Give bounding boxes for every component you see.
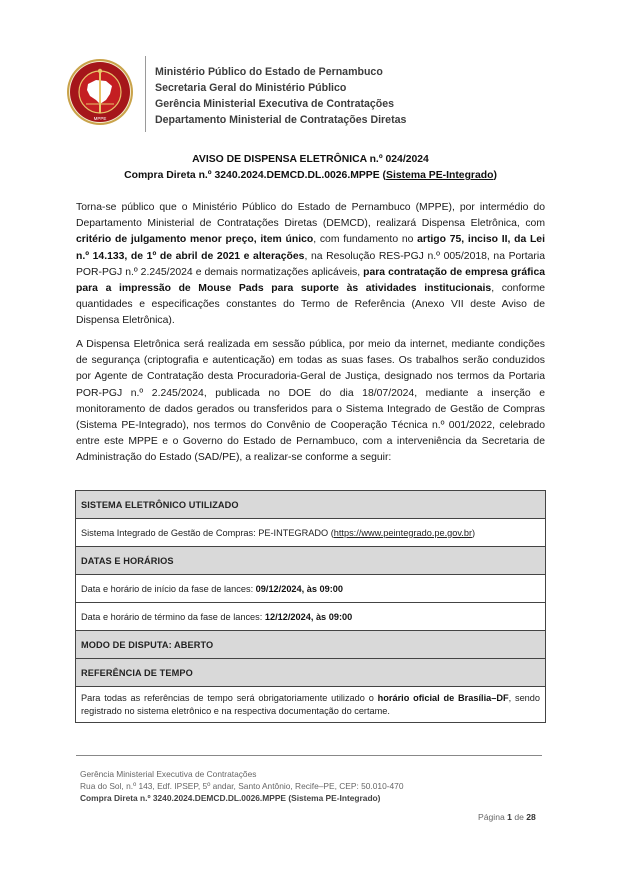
- institution-line: Gerência Ministerial Executiva de Contra…: [155, 96, 406, 112]
- paren-close: ): [472, 528, 475, 538]
- purchase-number: Compra Direta n.º 3240.2024.DEMCD.DL.002…: [124, 170, 386, 181]
- section-header-time-reference: REFERÊNCIA DE TEMPO: [76, 659, 546, 687]
- page-label: Página: [478, 812, 505, 822]
- system-link[interactable]: Sistema PE-Integrado: [386, 170, 493, 181]
- footer-reference: Compra Direta n.º 3240.2024.DEMCD.DL.002…: [80, 792, 404, 804]
- start-label: Data e horário de início da fase de lanc…: [81, 584, 256, 594]
- body-text: , com fundamento no: [313, 234, 417, 245]
- table-row: Sistema Integrado de Gestão de Compras: …: [76, 519, 546, 547]
- system-value: Sistema Integrado de Gestão de Compras: …: [76, 519, 546, 547]
- purchase-reference: Compra Direta n.º 3240.2024.DEMCD.DL.002…: [0, 168, 621, 184]
- institution-line: Ministério Público do Estado de Pernambu…: [155, 64, 406, 80]
- table-row: SISTEMA ELETRÔNICO UTILIZADO: [76, 491, 546, 519]
- peintegrado-link[interactable]: https://www.peintegrado.pe.gov.br: [334, 528, 472, 538]
- paren-close: ): [493, 170, 496, 181]
- document-header: MPPE Ministério Público do Estado de Per…: [64, 56, 564, 132]
- start-datetime: Data e horário de início da fase de lanc…: [76, 575, 546, 603]
- intro-paragraph: Torna-se público que o Ministério Públic…: [76, 200, 545, 330]
- emphasis-text: critério de julgamento menor preço, item…: [76, 234, 313, 245]
- info-table: SISTEMA ELETRÔNICO UTILIZADO Sistema Int…: [75, 490, 546, 723]
- institution-line: Secretaria Geral do Ministério Público: [155, 80, 406, 96]
- section-header-dispute-mode: MODO DE DISPUTA: ABERTO: [76, 631, 546, 659]
- header-divider: [145, 56, 146, 132]
- system-label: Sistema Integrado de Gestão de Compras: …: [81, 528, 334, 538]
- page-of: de: [514, 812, 524, 822]
- document-title: AVISO DE DISPENSA ELETRÔNICA n.º 024/202…: [0, 152, 621, 184]
- session-paragraph: A Dispensa Eletrônica será realizada em …: [76, 337, 545, 467]
- svg-text:MPPE: MPPE: [94, 116, 107, 121]
- page-footer: Gerência Ministerial Executiva de Contra…: [80, 768, 404, 804]
- page-current: 1: [507, 812, 512, 822]
- footer-department: Gerência Ministerial Executiva de Contra…: [80, 768, 404, 780]
- table-row: MODO DE DISPUTA: ABERTO: [76, 631, 546, 659]
- institution-line: Departamento Ministerial de Contratações…: [155, 112, 406, 128]
- table-row: Data e horário de início da fase de lanc…: [76, 575, 546, 603]
- time-ref-text: Para todas as referências de tempo será …: [81, 693, 378, 703]
- institution-names: Ministério Público do Estado de Pernambu…: [155, 64, 406, 128]
- table-row: Para todas as referências de tempo será …: [76, 687, 546, 723]
- notice-title: AVISO DE DISPENSA ELETRÔNICA n.º 024/202…: [0, 152, 621, 168]
- mppe-seal-icon: MPPE: [66, 58, 134, 126]
- start-value: 09/12/2024, às 09:00: [256, 584, 343, 594]
- end-datetime: Data e horário de término da fase de lan…: [76, 603, 546, 631]
- body-text: Torna-se público que o Ministério Públic…: [76, 202, 545, 229]
- table-row: Data e horário de término da fase de lan…: [76, 603, 546, 631]
- page-total: 28: [526, 812, 536, 822]
- page-number: Página 1 de 28: [478, 812, 536, 822]
- table-row: DATAS E HORÁRIOS: [76, 547, 546, 575]
- time-ref-bold: horário oficial de Brasília–DF: [378, 693, 509, 703]
- end-label: Data e horário de término da fase de lan…: [81, 612, 265, 622]
- section-header-dates: DATAS E HORÁRIOS: [76, 547, 546, 575]
- end-value: 12/12/2024, às 09:00: [265, 612, 352, 622]
- time-reference-value: Para todas as referências de tempo será …: [76, 687, 546, 723]
- section-header-system: SISTEMA ELETRÔNICO UTILIZADO: [76, 491, 546, 519]
- table-row: REFERÊNCIA DE TEMPO: [76, 659, 546, 687]
- footer-divider: [76, 755, 542, 756]
- footer-address: Rua do Sol, n.º 143, Edf. IPSEP, 5º anda…: [80, 780, 404, 792]
